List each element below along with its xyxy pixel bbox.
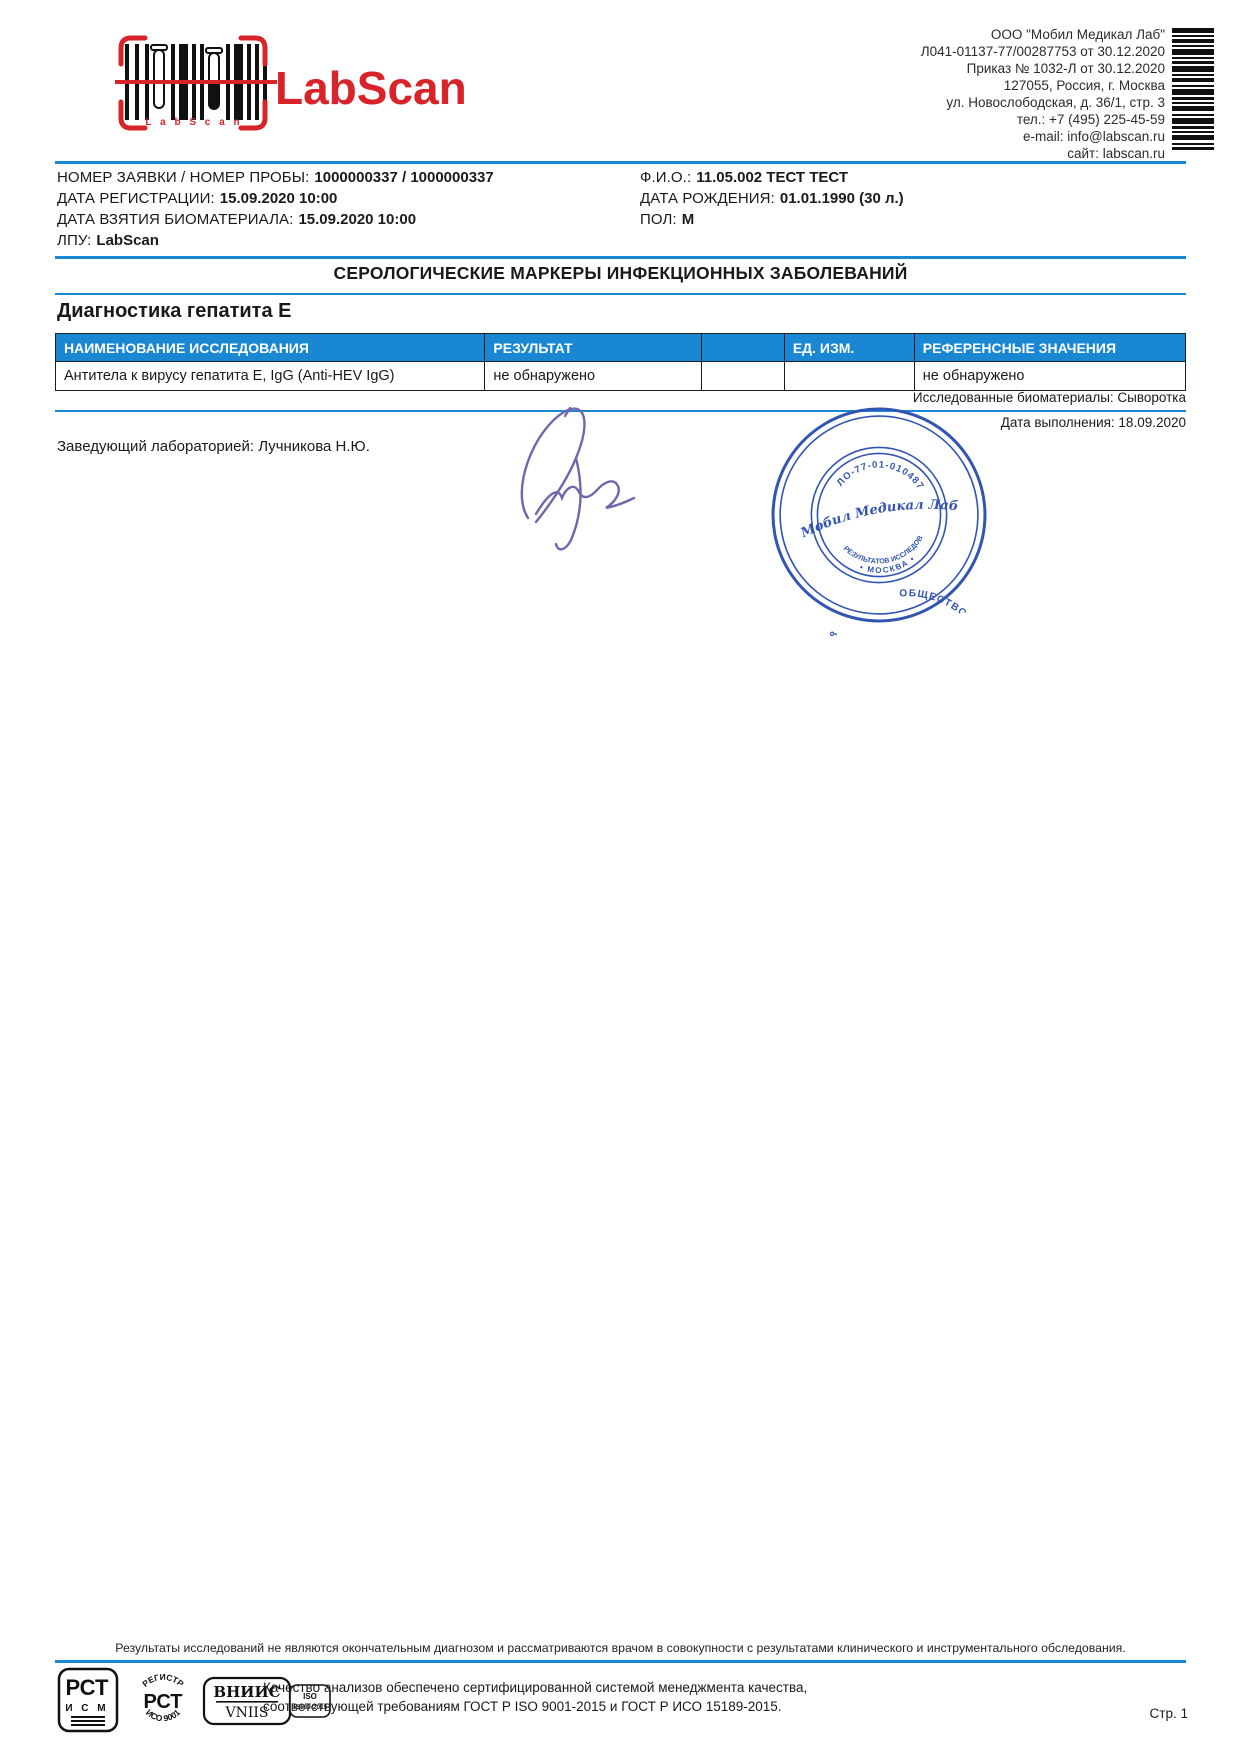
patient-name-row: Ф.И.О.:11.05.002 ТЕСТ ТЕСТ bbox=[640, 167, 904, 188]
lpu-row: ЛПУ:LabScan bbox=[57, 230, 494, 251]
report-title: СЕРОЛОГИЧЕСКИЕ МАРКЕРЫ ИНФЕКЦИОННЫХ ЗАБО… bbox=[55, 263, 1186, 284]
cell-reference: не обнаружено bbox=[914, 362, 1185, 391]
results-disclaimer: Результаты исследований не являются окон… bbox=[55, 1641, 1186, 1655]
biomaterial-date-row: ДАТА ВЗЯТИЯ БИОМАТЕРИАЛА:15.09.2020 10:0… bbox=[57, 209, 494, 230]
col-test-name: НАИМЕНОВАНИЕ ИССЛЕДОВАНИЯ bbox=[56, 334, 485, 362]
scan-line bbox=[115, 80, 277, 84]
svg-text:И С М: И С М bbox=[65, 1703, 108, 1714]
divider bbox=[55, 1660, 1186, 1663]
cell-units bbox=[784, 362, 914, 391]
page-number: Стр. 1 bbox=[1150, 1706, 1188, 1721]
sex-row: ПОЛ:М bbox=[640, 209, 904, 230]
company-name: ООО "Мобил Медикал Лаб" bbox=[921, 26, 1165, 43]
company-license: Л041-01137-77/00287753 от 30.12.2020 bbox=[921, 43, 1165, 60]
quality-statement: Качество анализов обеспечено сертифициро… bbox=[263, 1678, 807, 1716]
cell-test-name: Антитела к вирусу гепатита Е, IgG (Anti-… bbox=[56, 362, 485, 391]
company-phone: тел.: +7 (495) 225-45-59 bbox=[921, 111, 1165, 128]
company-email: e-mail: info@labscan.ru bbox=[921, 128, 1165, 145]
registr-iso9001-icon: РЕГИСТР РСТ ИСО 9001 bbox=[132, 1671, 194, 1731]
order-info-right: Ф.И.О.:11.05.002 ТЕСТ ТЕСТ ДАТА РОЖДЕНИЯ… bbox=[640, 167, 904, 230]
company-city: 127055, Россия, г. Москва bbox=[921, 77, 1165, 94]
results-table: НАИМЕНОВАНИЕ ИССЛЕДОВАНИЯ РЕЗУЛЬТАТ ЕД. … bbox=[55, 333, 1186, 391]
logo-wordmark: LabScan bbox=[275, 62, 465, 114]
svg-text:VNIIS: VNIIS bbox=[224, 1705, 268, 1721]
labscan-logo: L a b S c a n LabScan bbox=[115, 30, 465, 140]
company-site: сайт: labscan.ru bbox=[921, 145, 1165, 162]
divider bbox=[55, 161, 1186, 164]
table-header-row: НАИМЕНОВАНИЕ ИССЛЕДОВАНИЯ РЕЗУЛЬТАТ ЕД. … bbox=[56, 334, 1186, 362]
divider bbox=[55, 293, 1186, 295]
test-tube-filled-icon bbox=[206, 48, 222, 109]
order-number-row: НОМЕР ЗАЯВКИ / НОМЕР ПРОБЫ:1000000337 / … bbox=[57, 167, 494, 188]
lab-report-page: L a b S c a n LabScan ООО "Мобил Медикал… bbox=[0, 0, 1241, 1755]
col-units: ЕД. ИЗМ. bbox=[784, 334, 914, 362]
signature bbox=[470, 388, 710, 563]
section-heading: Диагностика гепатита Е bbox=[57, 300, 292, 323]
test-tube-empty-icon bbox=[151, 45, 167, 108]
head-of-lab: Заведующий лабораторией: Лучникова Н.Ю. bbox=[57, 438, 370, 455]
stamp-license-text: ЛО-77-01-010487 bbox=[832, 451, 926, 505]
svg-text:РСТ: РСТ bbox=[66, 1675, 109, 1700]
ism-certification-icon: РСТ И С М bbox=[57, 1667, 121, 1735]
company-info: ООО "Мобил Медикал Лаб" Л041-01137-77/00… bbox=[921, 26, 1165, 162]
svg-text:ЛО-77-01-010487: ЛО-77-01-010487 bbox=[832, 451, 926, 505]
svg-text:РЕГИСТР: РЕГИСТР bbox=[140, 1672, 186, 1689]
cell-result: не обнаружено bbox=[485, 362, 702, 391]
company-stamp: ОБЩЕСТВО С ОГРАНИЧЕННОЙ ОТВЕТСТВЕННОСТЬЮ… bbox=[750, 386, 1007, 643]
order-info-left: НОМЕР ЗАЯВКИ / НОМЕР ПРОБЫ:1000000337 / … bbox=[57, 167, 494, 251]
logo-subtext: L a b S c a n bbox=[145, 117, 242, 128]
table-row: Антитела к вирусу гепатита Е, IgG (Anti-… bbox=[56, 362, 1186, 391]
cell-flag bbox=[702, 362, 784, 391]
divider bbox=[55, 256, 1186, 259]
col-reference: РЕФЕРЕНСНЫЕ ЗНАЧЕНИЯ bbox=[914, 334, 1185, 362]
col-flag bbox=[702, 334, 784, 362]
birth-date-row: ДАТА РОЖДЕНИЯ:01.01.1990 (30 л.) bbox=[640, 188, 904, 209]
company-order: Приказ № 1032-Л от 30.12.2020 bbox=[921, 60, 1165, 77]
barcode-icon bbox=[1172, 28, 1214, 150]
col-result: РЕЗУЛЬТАТ bbox=[485, 334, 702, 362]
registration-date-row: ДАТА РЕГИСТРАЦИИ:15.09.2020 10:00 bbox=[57, 188, 494, 209]
company-address: ул. Новослободская, д. 36/1, стр. 3 bbox=[921, 94, 1165, 111]
